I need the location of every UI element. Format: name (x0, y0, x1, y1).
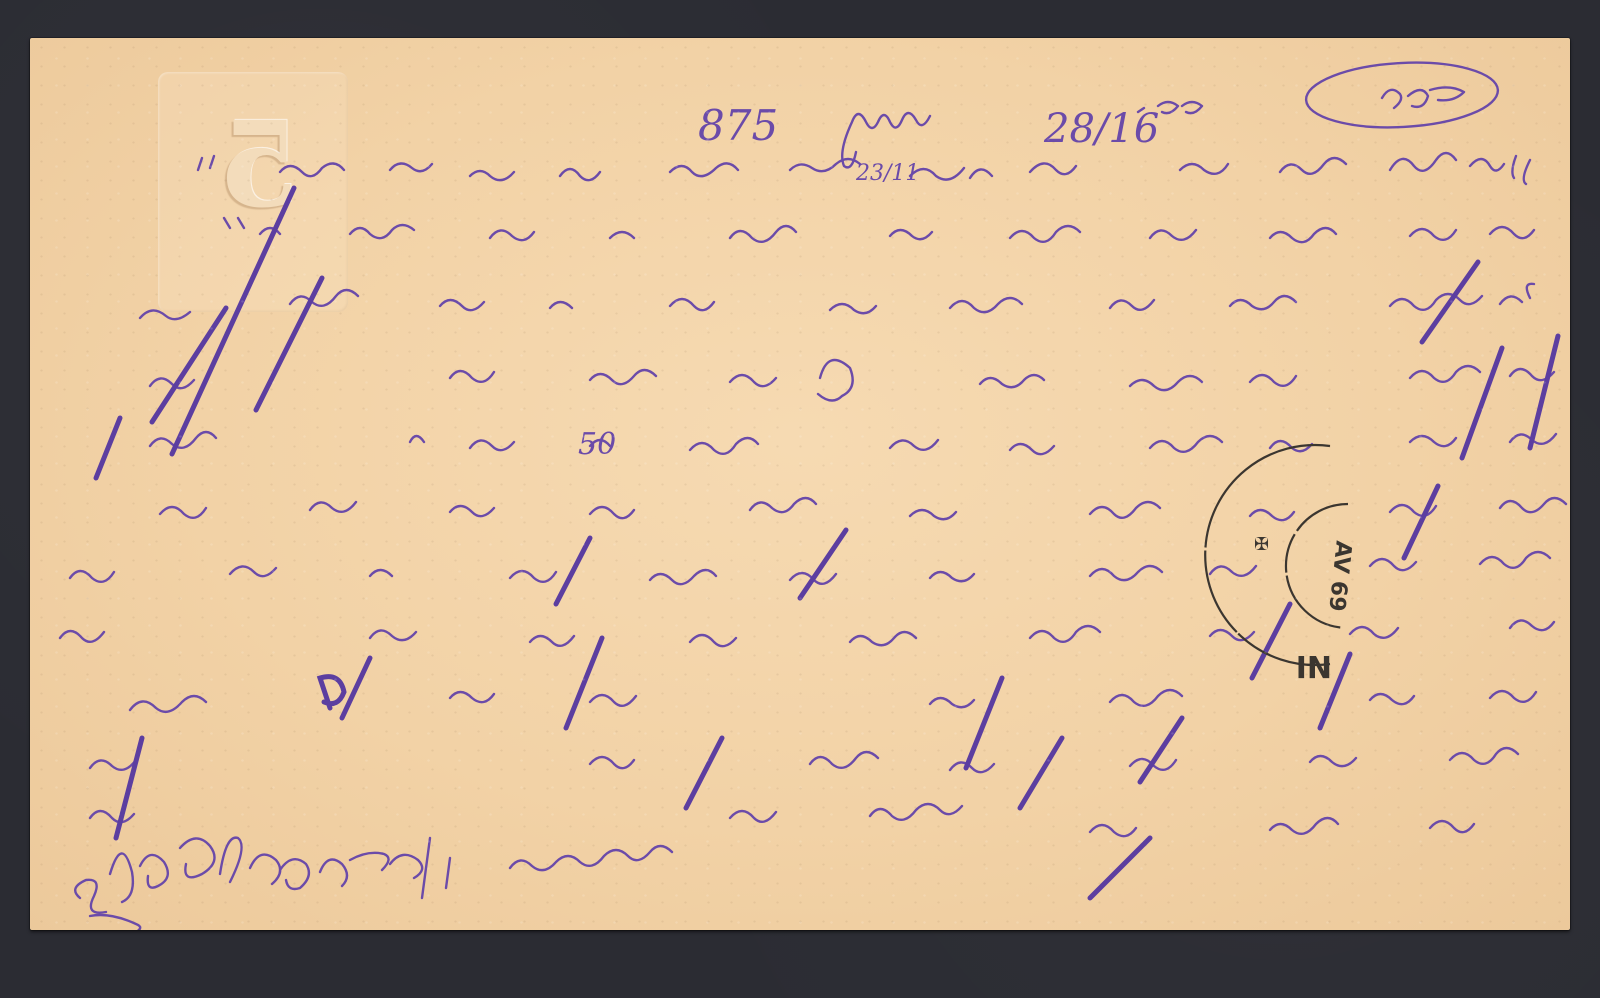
handwriting-layer: 875 28/16 23/11 50 (30, 38, 1570, 930)
postcard: 5 875 28/16 23/11 50 (30, 38, 1570, 930)
postmark-letters: NI (1296, 648, 1332, 683)
header-year: 875 (698, 101, 778, 150)
postmark-date: AV 69 (1323, 540, 1355, 613)
body-fragment-date: 23/11 (855, 161, 919, 186)
postmark: ✠ AV 69 NI (1205, 445, 1355, 683)
header-line: 875 28/16 (698, 101, 1202, 167)
circled-header-mark (1304, 58, 1499, 132)
header-date: 28/16 (1043, 106, 1159, 152)
body-fragment-number: 50 (578, 427, 616, 462)
body-handwriting: 23/11 50 (60, 153, 1566, 898)
signature (75, 838, 450, 930)
svg-text:✠: ✠ (1254, 534, 1269, 555)
